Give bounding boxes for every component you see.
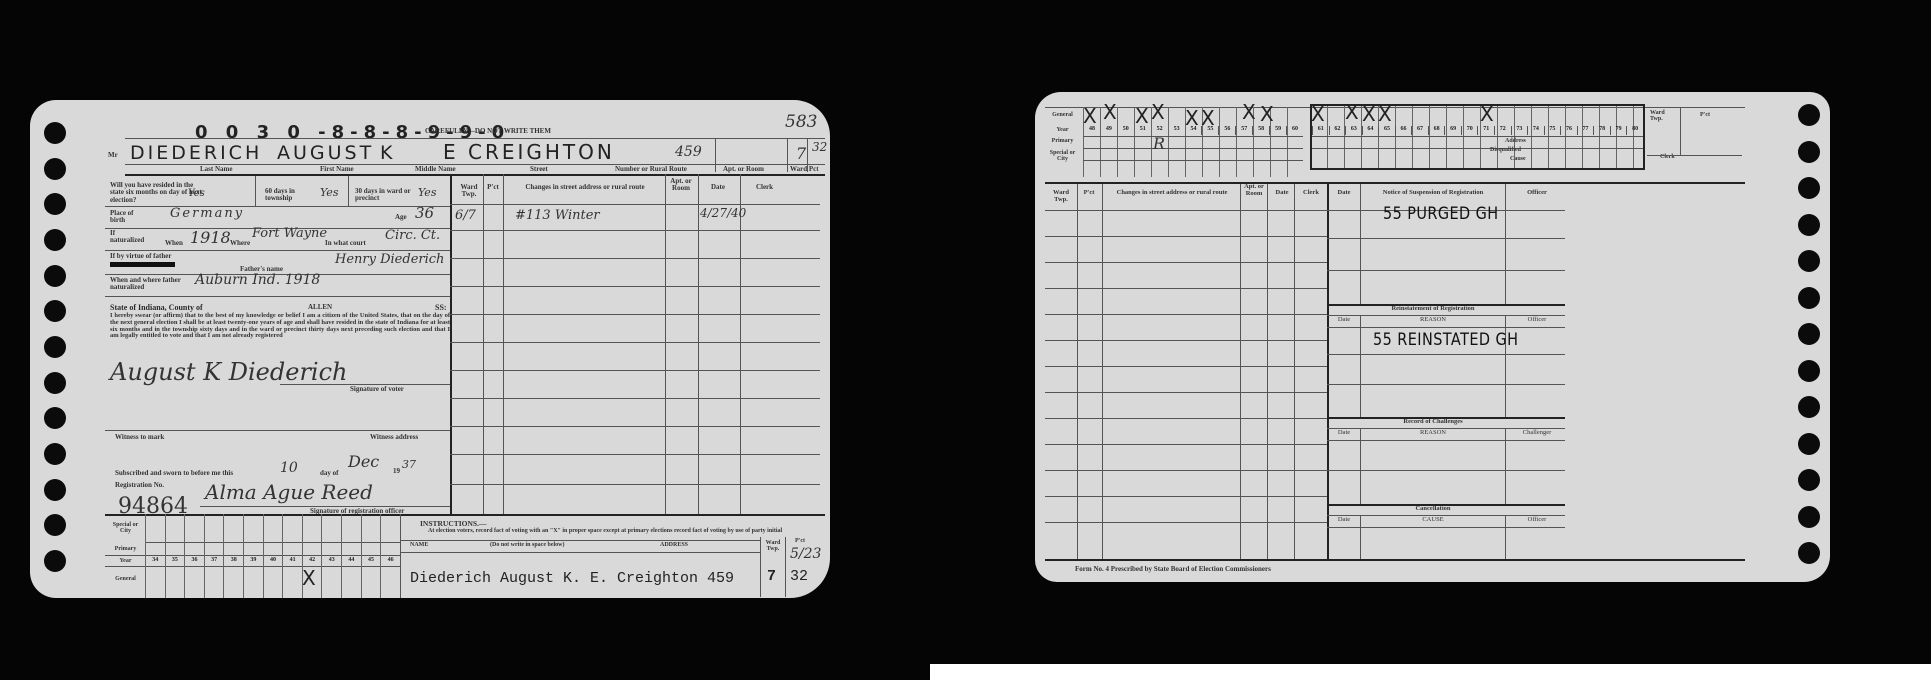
year-cell: 66 [1395,126,1412,135]
challenges-reason-header: REASON [1363,430,1503,437]
year-cell: 79 [1610,126,1627,135]
year-value: 37 [402,458,416,471]
registration-card-front: 0 0 3 0 -8-8-8-9-9-0 CAREFULLY—DO NOT WR… [30,100,830,598]
form-footer: Form No. 4 Prescribed by State Board of … [1075,566,1271,573]
year-cell: 69 [1444,126,1461,135]
age-value: 36 [415,204,434,222]
purged-stamp: 55 PURGED GH [1383,204,1499,224]
ward-twp-label: Ward Twp. [761,540,785,553]
cancellation-date-header: Date [1330,517,1358,524]
vote-mark-x: X [1135,104,1149,128]
challenges-title: Record of Challenges [1363,419,1503,426]
county-value: ALLEN [308,304,332,311]
registration-no-label: Registration No. [115,482,164,489]
no-write-label: (Do not write in space below) [490,542,565,548]
vote-mark-x: X [1378,102,1392,126]
court-label: In what court [325,240,366,247]
oath-text: I hereby swear (or affirm) that to the b… [110,313,450,340]
punch-hole [44,550,66,572]
top-right-number: 583 [785,112,817,132]
punch-hole [44,122,66,144]
middle-name-label: Middle Name [415,166,456,173]
punch-hole [1798,141,1820,163]
table-cell-address: #113 Winter [515,208,600,223]
transfer-disqualified-label: Disqualified [1490,147,1521,153]
vote-mark-x: X [1345,100,1359,124]
punch-hole [44,265,66,287]
grid-label-primary: Primary [1045,138,1080,144]
naturalized-where-value: Fort Wayne [252,226,327,241]
place-of-birth-value: Germany [170,206,244,221]
vote-mark-x: X [1083,104,1097,128]
days-township-label: 60 days in township [265,188,315,203]
last-name-value: DIEDERICH [130,142,262,164]
naturalized-label: If naturalized [110,230,150,245]
year-cell: 78 [1593,126,1610,135]
punch-hole [1798,104,1820,126]
grid-label-special: Special or City [1045,150,1080,163]
address-label: ADDRESS [660,542,688,548]
vote-mark-x: X [1362,102,1376,126]
year-cell: 71 [1477,126,1494,135]
col-header-apt: Apt. or Room [666,178,696,193]
col-header-ward: Ward Twp. [1047,190,1075,204]
ward-value: 7 [796,144,806,163]
vote-mark-x: X [1480,102,1494,126]
reinstatement-date-header: Date [1330,317,1358,324]
days-ward-label: 30 days in ward or precinct [355,188,415,203]
col-header-date: Date [698,184,738,191]
vote-mark-x: X [1242,100,1256,124]
vote-mark-x: X [1185,106,1199,130]
col-header-date: Date [1271,190,1293,197]
primary-mark-r: R [1153,134,1165,153]
voter-signature: August K Diederich [110,358,348,386]
year-cell: 67 [1411,126,1428,135]
grid-label-general: General [108,576,143,582]
punch-hole [44,479,66,501]
challenges-challenger-header: Challenger [1507,430,1567,437]
pct-label: P'ct [1700,112,1710,118]
header-notice: CAREFULLY—DO NOT WRITE THEM [425,128,551,135]
first-name-label: First Name [320,166,354,173]
punch-hole [44,372,66,394]
day-of-label: day of [320,470,338,477]
year-cell: 75 [1544,126,1561,135]
cancellation-officer-header: Officer [1507,517,1567,524]
suspension-officer-header: Officer [1507,190,1567,197]
days-ward-value: Yes [418,186,436,199]
year-cell: 77 [1577,126,1594,135]
year-cell: 68 [1428,126,1445,135]
col-header-ward: Ward Twp. [455,184,483,199]
punch-hole [1798,250,1820,272]
year-cell: 63 [1345,126,1362,135]
year-row-2: 61 62 63 64 65 66 67 68 69 70 71 72 73 7… [1312,126,1643,135]
grid-label-primary: Primary [108,546,143,552]
day-value: 10 [280,460,298,476]
oath-ss: SS: [435,303,447,312]
punch-holes [44,122,66,572]
punch-hole [44,229,66,251]
last-name-label: Last Name [200,166,232,173]
instructions-text: At election voters, record fact of votin… [428,528,808,534]
year-cell: 64 [1362,126,1379,135]
name-label: NAME [410,542,428,548]
punch-hole [44,443,66,465]
col-header-clerk: Clerk [1297,190,1325,197]
year-cell: 74 [1527,126,1544,135]
cancellation-cause-header: CAUSE [1363,517,1503,524]
vote-mark-x: X [1260,102,1274,126]
punch-hole [1798,433,1820,455]
punch-hole [1798,396,1820,418]
witness-address-label: Witness address [370,434,418,441]
grid-label-year: Year [108,558,143,564]
month-value: Dec [348,452,379,471]
pct-handwritten: 5/23 [790,546,821,562]
grid-label-special: Special or City [108,522,143,535]
age-label: Age [395,214,407,221]
typed-name-address: Diederich August K. E. Creighton 459 [410,570,734,587]
year-cell: 62 [1329,126,1346,135]
punch-hole [44,300,66,322]
punch-hole [44,407,66,429]
naturalized-when-value: 1918 [190,228,231,247]
father-naturalized-value: Auburn Ind. 1918 [195,272,320,288]
col-header-pct: P'ct [1079,190,1099,197]
transfer-cause-label: Cause [1510,156,1526,162]
days-township-value: Yes [320,186,338,199]
ward-pct-label: Ward Pct [790,166,819,173]
voting-grid-block-2 [1310,104,1645,170]
number-label: Number or Rural Route [615,166,687,173]
punch-hole [1798,469,1820,491]
apt-label: Apt. or Room [723,166,764,173]
table-cell-date: 4/27/40 [700,206,746,220]
punch-holes [1798,104,1820,564]
punch-hole [44,193,66,215]
typed-ward: 7 [767,568,776,585]
grid-label-year: Year [1045,127,1080,133]
redaction-bar [110,262,175,267]
reinstated-stamp: 55 REINSTATED GH [1373,330,1518,350]
street-value: E CREIGHTON [443,140,615,164]
col-header-pct: P'ct [485,184,501,191]
house-number-value: 459 [675,144,702,160]
registration-card-back: General Year Primary Special or City 48 … [1035,92,1830,582]
place-of-birth-label: Place of birth [110,210,150,225]
year-cell: 61 [1312,126,1329,135]
year-cell: 76 [1560,126,1577,135]
punch-hole [1798,177,1820,199]
ward-twp-label: Ward Twp. [1650,110,1672,123]
punch-hole [1798,360,1820,382]
year-cell: 65 [1378,126,1395,135]
punch-hole [44,514,66,536]
oath-title: State of Indiana, County of [110,303,203,312]
vote-mark-x: X [302,566,316,590]
punch-hole [1798,542,1820,564]
subscribed-label: Subscribed and sworn to before me this [115,470,233,477]
first-name-value: AUGUST [277,142,374,164]
witness-label: Witness to mark [115,434,164,441]
middle-name-value: K [380,142,395,164]
fathers-name-value: Henry Diederich [335,252,444,267]
col-header-apt: Apt. or Room [1243,184,1265,198]
year-cell: 73 [1511,126,1528,135]
suspension-notice-header: Notice of Suspension of Registration [1363,190,1503,197]
punch-hole [44,336,66,358]
father-naturalized-label: When and where father naturalized [110,277,185,292]
vote-mark-x: X [1151,100,1165,124]
challenges-date-header: Date [1330,430,1358,437]
street-label: Street [530,166,548,173]
transfer-address-label: Address [1505,138,1526,144]
col-header-clerk: Clerk [742,184,787,191]
scan-edge-strip [930,664,1931,680]
pct-label: P'ct [788,538,812,544]
year-cell: 70 [1461,126,1478,135]
reinstatement-reason-header: REASON [1363,317,1503,324]
signature-voter-label: Signature of voter [350,386,404,393]
col-header-changes: Changes in street address or rural route [505,184,665,191]
year-prefix-label: 19 [393,468,400,475]
instructions-title: INSTRUCTIONS.— [420,520,486,528]
reinstatement-officer-header: Officer [1507,317,1567,324]
col-header-changes: Changes in street address or rural route [1107,190,1237,197]
punch-hole [1798,506,1820,528]
vote-mark-x: X [1311,102,1325,126]
year-cell: 72 [1494,126,1511,135]
typed-pct: 32 [790,568,808,585]
precinct-value: 32 [812,140,827,154]
when-label: When [165,240,183,247]
suspension-date-header: Date [1330,190,1358,197]
grid-label-general: General [1045,112,1080,118]
resided-state-value: Yes [188,188,205,199]
punch-hole [44,158,66,180]
vote-mark-x: X [1103,100,1117,124]
cancellation-title: Cancellation [1363,506,1503,513]
court-value: Circ. Ct. [385,228,440,243]
year-cell: 80 [1626,126,1643,135]
by-virtue-label: If by virtue of father [110,253,180,260]
punch-hole [1798,287,1820,309]
punch-hole [1798,323,1820,345]
vote-mark-x: X [1201,106,1215,130]
title-prefix: Mr [108,152,118,159]
reinstatement-title: Reinstatement of Registration [1363,306,1503,313]
where-label: Where [230,240,250,247]
officer-signature: Alma Ague Reed [205,480,373,504]
punch-hole [1798,214,1820,236]
table-cell-ward: 6/7 [455,208,476,223]
